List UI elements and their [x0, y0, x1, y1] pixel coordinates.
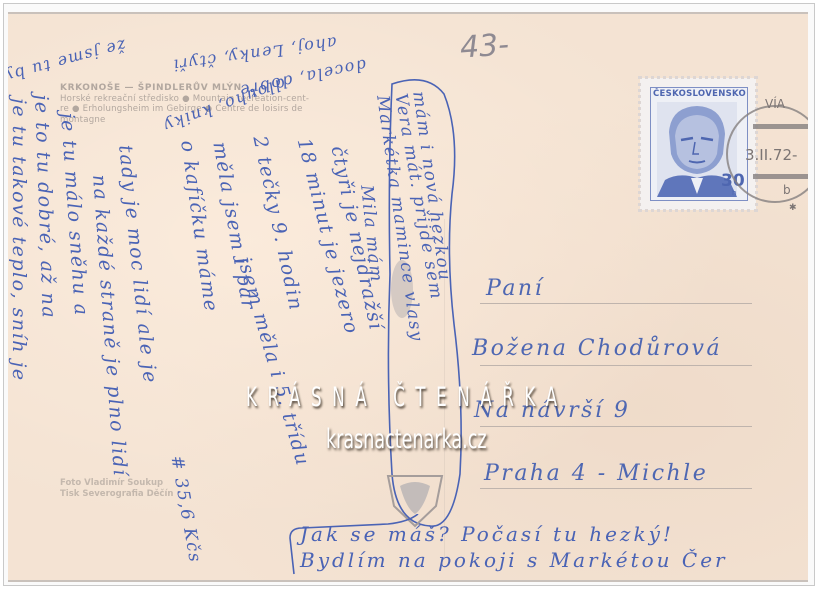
pencil-number: 43-: [459, 27, 510, 65]
address-line-city: Praha 4 - Michle: [484, 461, 708, 486]
handwriting-column: je tu takové teplo, sníh je: [8, 98, 30, 382]
handwriting-bottom: Jak se máš? Počasí tu hezký!: [300, 522, 674, 546]
address-rule: [480, 365, 752, 366]
credit-line: Foto Vladimír Soukup: [60, 478, 173, 489]
address-rule: [480, 426, 752, 427]
price-note: # 35,6 Kčs: [166, 454, 205, 565]
watermark-title: KRÁSNÁ ČTENÁŘKA: [246, 382, 568, 413]
postmark-icon: VÍA 3.II.72- b ✱: [713, 82, 808, 224]
postmark-date: 3.II.72-: [745, 146, 797, 164]
postmark-letter: b: [783, 183, 791, 197]
handwriting-bottom: Bydlím na pokoji s Markétou Čer: [300, 548, 728, 572]
watermark-url: krasnactenarka.cz: [326, 424, 487, 455]
handwriting-column: je tu málo sněhu a: [56, 112, 92, 317]
address-line-name: Božena Chodůrová: [472, 336, 722, 361]
photo-credits: Foto Vladimír Soukup Tisk Severografia D…: [60, 478, 173, 500]
postcard: KRKONOŠE — ŠPINDLERŮV MLÝN Horské rekrea…: [8, 12, 808, 582]
postmark-top-text: VÍA: [765, 96, 786, 111]
address-line-salutation: Paní: [486, 276, 544, 301]
svg-text:✱: ✱: [789, 203, 797, 213]
credit-line: Tisk Severografia Děčín: [60, 489, 173, 500]
caption-line: montagne: [60, 115, 400, 126]
address-rule: [480, 303, 752, 304]
address-rule: [480, 488, 752, 489]
handwriting-column: je to tu dobré, až na: [30, 94, 60, 319]
